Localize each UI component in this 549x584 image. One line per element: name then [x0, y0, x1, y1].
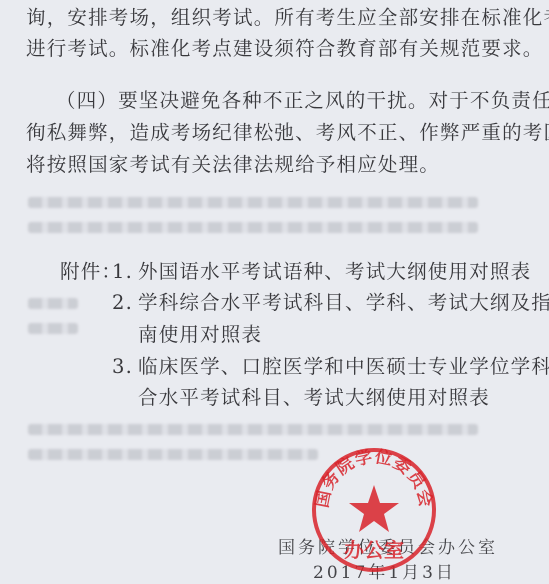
body-line: 询，安排考场，组织考试。所有考生应全部安排在标准化考点 — [26, 6, 549, 30]
bleed-through-line — [28, 323, 78, 334]
attachment-title: 外国语水平考试语种、考试大纲使用对照表 — [138, 260, 531, 284]
body-line: 徇私舞弊，造成考场纪律松弛、考风不正、作弊严重的考区， — [26, 121, 549, 145]
svg-text:办公室: 办公室 — [344, 538, 404, 562]
attachment-number: 3. — [112, 355, 133, 379]
bleed-through-line — [28, 424, 478, 435]
bleed-through-line — [28, 222, 478, 233]
attachment-title: 学科综合水平考试科目、学科、考试大纲及指 — [138, 291, 549, 315]
official-seal-icon: 国务院学位委员会 办公室 — [311, 447, 437, 573]
bleed-through-line — [28, 449, 318, 460]
body-line: （四）要坚决避免各种不正之风的干扰。对于不负责任或 — [56, 89, 549, 113]
attachment-title-cont: 合水平考试科目、考试大纲使用对照表 — [138, 386, 490, 410]
body-line: 将按照国家考试有关法律法规给予相应处理。 — [26, 153, 440, 177]
attachment-title: 临床医学、口腔医学和中医硕士专业学位学科综 — [138, 355, 549, 379]
attachment-number: 2. — [112, 291, 133, 315]
star-icon — [349, 485, 399, 532]
bleed-through-line — [28, 298, 78, 309]
attachment-title-cont: 南使用对照表 — [138, 323, 262, 347]
attachment-number: 1. — [112, 260, 133, 284]
bleed-through-line — [28, 197, 478, 208]
body-line: 进行考试。标准化考点建设须符合教育部有关规范要求。 — [26, 37, 544, 61]
document-page: 询，安排考场，组织考试。所有考生应全部安排在标准化考点 进行考试。标准化考点建设… — [0, 0, 549, 584]
